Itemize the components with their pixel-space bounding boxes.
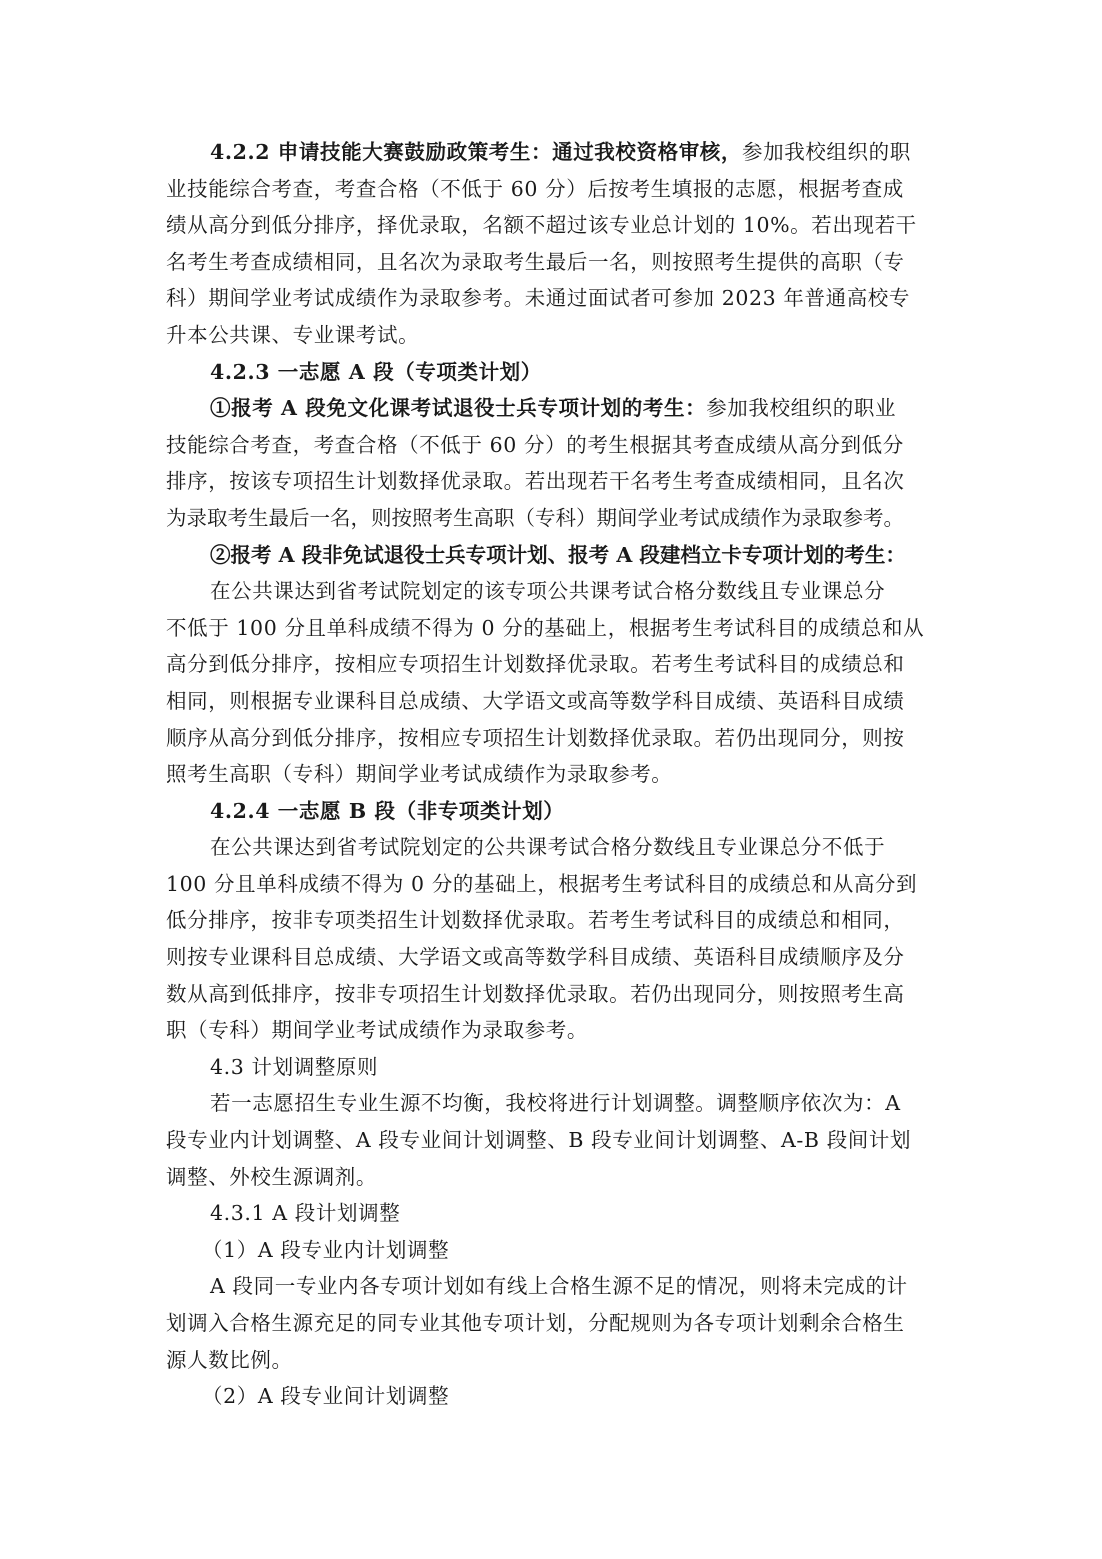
paragraph-line: 低分排序，按非专项类招生计划数择优录取。若考生考试科目的成绩总和相同， [166,902,936,939]
paragraph-line: 技能综合考查，考查合格（不低于 60 分）的考生根据其考查成绩从高分到低分 [166,427,936,464]
paragraph-line: 照考生高职（专科）期间学业考试成绩作为录取参考。 [166,756,936,793]
paragraph-line: 在公共课达到省考试院划定的公共课考试合格分数线且专业课总分不低于 [166,829,936,866]
subsection-1-heading: （1）A 段专业内计划调整 [166,1232,936,1269]
paragraph-line: 排序，按该专项招生计划数择优录取。若出现若干名考生考查成绩相同，且名次 [166,463,936,500]
section-4-2-3-heading: 4.2.3 一志愿 A 段（专项类计划） [166,354,936,391]
paragraph-line: 顺序从高分到低分排序，按相应专项招生计划数择优录取。若仍出现同分，则按 [166,720,936,757]
document-page: 4.2.2 申请技能大赛鼓励政策考生：通过我校资格审核，参加我校组织的职 业技能… [166,134,936,1415]
paragraph-line: 100 分且单科成绩不得为 0 分的基础上，根据考生考试科目的成绩总和从高分到 [166,866,936,903]
paragraph-line: 不低于 100 分且单科成绩不得为 0 分的基础上，根据考生考试科目的成绩总和从 [166,610,936,647]
item-1-heading: ①报考 A 段免文化课考试退役士兵专项计划的考生： [210,396,706,420]
paragraph-line: 源人数比例。 [166,1342,936,1379]
paragraph-line: 相同，则根据专业课科目总成绩、大学语文或高等数学科目成绩、英语科目成绩 [166,683,936,720]
section-4-3-1-heading: 4.3.1 A 段计划调整 [166,1195,936,1232]
subsection-2-heading: （2）A 段专业间计划调整 [166,1378,936,1415]
paragraph-line: 则按专业课科目总成绩、大学语文或高等数学科目成绩、英语科目成绩顺序及分 [166,939,936,976]
paragraph-line: 名考生考查成绩相同，且名次为录取考生最后一名，则按照考生提供的高职（专 [166,244,936,281]
paragraph-line: 职（专科）期间学业考试成绩作为录取参考。 [166,1012,936,1049]
paragraph-line: 科）期间学业考试成绩作为录取参考。未通过面试者可参加 2023 年普通高校专 [166,280,936,317]
paragraph-line: 段专业内计划调整、A 段专业间计划调整、B 段专业间计划调整、A-B 段间计划 [166,1122,936,1159]
paragraph-line: 若一志愿招生专业生源不均衡，我校将进行计划调整。调整顺序依次为：A [166,1085,936,1122]
section-4-2-2-heading: 4.2.2 申请技能大赛鼓励政策考生：通过我校资格审核， [210,140,742,164]
paragraph-line: 高分到低分排序，按相应专项招生计划数择优录取。若考生考试科目的成绩总和 [166,646,936,683]
paragraph-line: 调整、外校生源调剂。 [166,1159,936,1196]
paragraph-line: 业技能综合考查，考查合格（不低于 60 分）后按考生填报的志愿，根据考查成 [166,171,936,208]
section-4-2-4-heading: 4.2.4 一志愿 B 段（非专项类计划） [166,793,936,830]
paragraph-line: 划调入合格生源充足的同专业其他专项计划，分配规则为各专项计划剩余合格生 [166,1305,936,1342]
paragraph-text: 参加我校组织的职 [742,140,911,164]
paragraph-line: 绩从高分到低分排序，择优录取，名额不超过该专业总计划的 10%。若出现若干 [166,207,936,244]
section-4-3-heading: 4.3 计划调整原则 [166,1049,936,1086]
item-2-heading: ②报考 A 段非免试退役士兵专项计划、报考 A 段建档立卡专项计划的考生： [166,537,936,574]
paragraph-line: 为录取考生最后一名，则按照考生高职（专科）期间学业考试成绩作为录取参考。 [166,500,936,537]
paragraph-line: 升本公共课、专业课考试。 [166,317,936,354]
paragraph-text: 参加我校组织的职业 [706,396,896,420]
paragraph-line: 数从高到低排序，按非专项招生计划数择优录取。若仍出现同分，则按照考生高 [166,976,936,1013]
paragraph-line: 在公共课达到省考试院划定的该专项公共课考试合格分数线且专业课总分 [166,573,936,610]
paragraph-line: A 段同一专业内各专项计划如有线上合格生源不足的情况，则将未完成的计 [166,1268,936,1305]
item-1-line-1: ①报考 A 段免文化课考试退役士兵专项计划的考生：参加我校组织的职业 [166,390,936,427]
section-4-2-2-line-1: 4.2.2 申请技能大赛鼓励政策考生：通过我校资格审核，参加我校组织的职 [166,134,936,171]
